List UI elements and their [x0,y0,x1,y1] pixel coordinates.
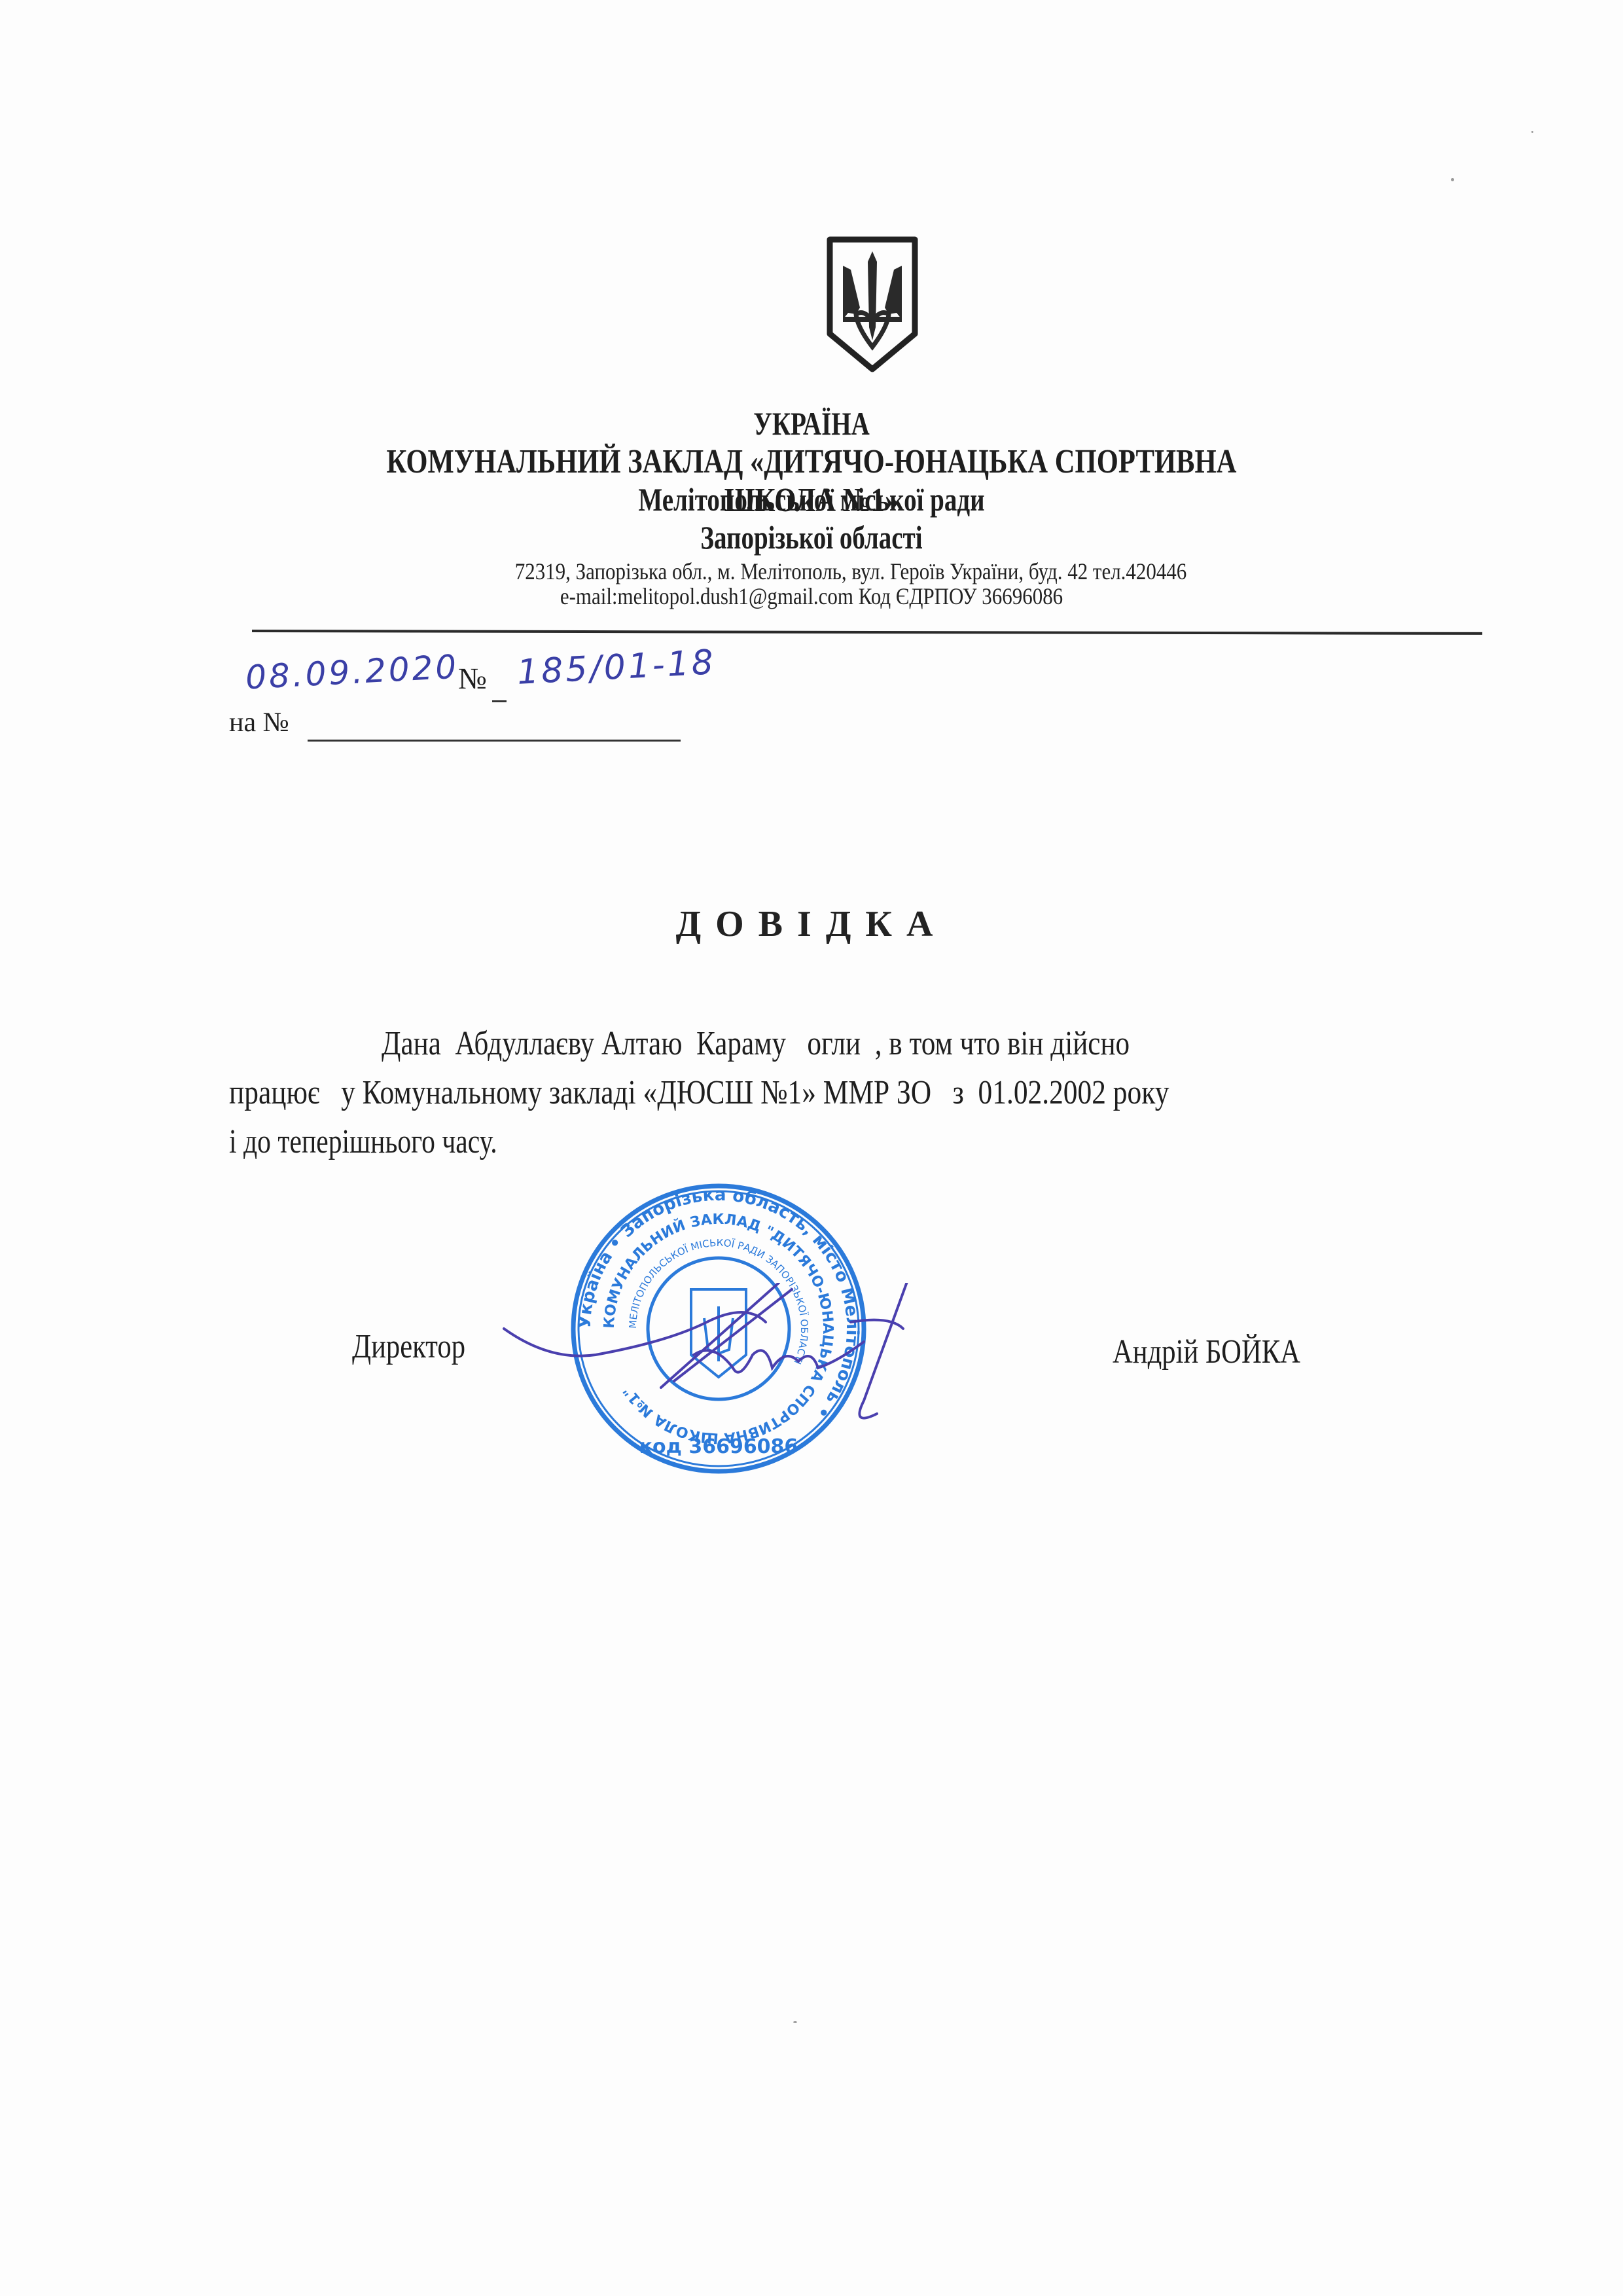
handwritten-date: 08.09.2020 [245,648,460,697]
handwritten-signature [497,1283,995,1453]
signer-name: Андрій БОЙКА [1113,1333,1300,1371]
body-line: працює у Комунальному закладі «ДЮСШ №1» … [229,1073,1169,1112]
handwritten-reg-number: 185/01-18 [516,643,717,692]
country-heading: УКРАЇНА [179,404,1444,442]
scan-speck [1531,131,1533,133]
address-line: 72319, Запорізька обл., м. Мелітополь, в… [153,558,1549,585]
ukraine-trident-emblem-icon [825,236,920,373]
scan-speck [793,2021,797,2023]
number-label: № [458,661,487,696]
region-heading: Запорізької області [179,518,1444,556]
document-title: ДОВІДКА [0,903,1623,945]
body-line: Дана Абдуллаєву Алтаю Караму огли , в то… [382,1024,1130,1063]
email-code-line: e-mail:melitopol.dush1@gmail.com Код ЄДР… [114,583,1510,610]
city-council-heading: Мелітопольської міської ради [179,480,1444,518]
header-divider [252,630,1482,635]
number-label-underline [492,700,507,702]
body-line: і до теперішнього часу. [229,1122,497,1161]
reply-number-blank [308,740,681,742]
reply-number-label: на № [229,707,289,738]
scan-speck [1451,178,1454,181]
signer-role: Директор [352,1327,465,1366]
